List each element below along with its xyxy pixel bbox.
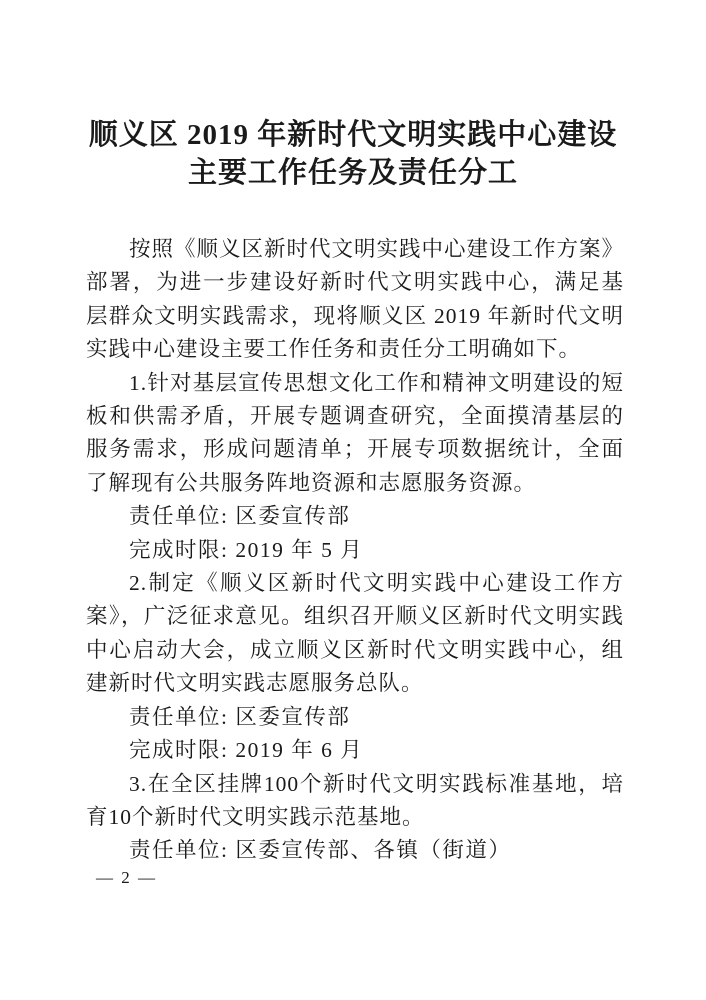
task-1-deadline: 完成时限: 2019 年 5 月 bbox=[86, 534, 624, 567]
task-2-responsible-unit: 责任单位: 区委宣传部 bbox=[86, 701, 624, 734]
task-1-responsible-unit: 责任单位: 区委宣传部 bbox=[86, 500, 624, 533]
document-body: 按照《顺义区新时代文明实践中心建设工作方案》部署，为进一步建设好新时代文明实践中… bbox=[86, 233, 624, 868]
task-3-paragraph: 3.在全区挂牌100个新时代文明实践标准基地，培育10个新时代文明实践示范基地。 bbox=[86, 768, 624, 835]
page-number: — 2 — bbox=[96, 868, 157, 887]
task-2-paragraph: 2.制定《顺义区新时代文明实践中心建设工作方案》，广泛征求意见。组织召开顺义区新… bbox=[86, 567, 624, 701]
task-3-responsible-unit: 责任单位: 区委宣传部、各镇（街道） bbox=[86, 834, 624, 867]
page-footer: — 2 — bbox=[96, 866, 157, 890]
document-title: 顺义区 2019 年新时代文明实践中心建设 主要工作任务及责任分工 bbox=[0, 0, 706, 192]
intro-paragraph: 按照《顺义区新时代文明实践中心建设工作方案》部署，为进一步建设好新时代文明实践中… bbox=[86, 233, 624, 367]
document-title-line-1: 顺义区 2019 年新时代文明实践中心建设 bbox=[0, 116, 706, 154]
document-title-line-2: 主要工作任务及责任分工 bbox=[0, 154, 706, 192]
task-2-deadline: 完成时限: 2019 年 6 月 bbox=[86, 734, 624, 767]
task-1-paragraph: 1.针对基层宣传思想文化工作和精神文明建设的短板和供需矛盾，开展专题调查研究，全… bbox=[86, 367, 624, 501]
document-page: 顺义区 2019 年新时代文明实践中心建设 主要工作任务及责任分工 按照《顺义区… bbox=[0, 0, 706, 1000]
